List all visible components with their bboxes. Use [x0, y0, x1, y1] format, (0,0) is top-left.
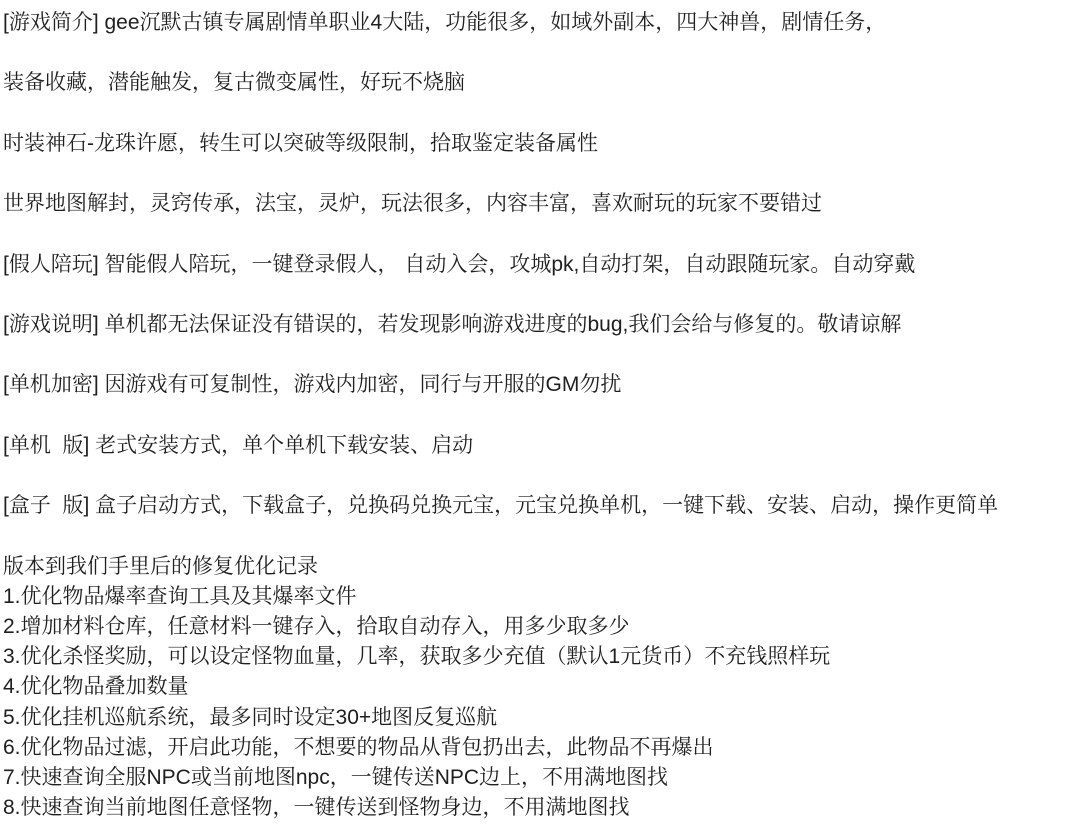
changelog-item-3: 3.优化杀怪奖励，可以设定怪物血量，几率，获取多少充值（默认1元货币）不充钱照样…: [3, 642, 1065, 672]
changelog-item-2: 2.增加材料仓库，任意材料一键存入，拾取自动存入，用多少取多少: [3, 612, 1065, 642]
world-map-line: 世界地图解封，灵窍传承，法宝，灵炉，玩法很多，内容丰富，喜欢耐玩的玩家不要错过: [3, 189, 1065, 219]
game-description-page: [游戏简介] gee沉默古镇专属剧情单职业4大陆，功能很多，如域外副本，四大神兽…: [0, 0, 1075, 833]
changelog-item-8: 8.快速查询当前地图任意怪物，一键传送到怪物身边，不用满地图找: [3, 793, 1065, 823]
changelog-title: 版本到我们手里后的修复优化记录: [3, 552, 1065, 582]
fashion-stone-line: 时装神石-龙珠许愿，转生可以突破等级限制，拾取鉴定装备属性: [3, 129, 1065, 159]
changelog-section: 版本到我们手里后的修复优化记录 1.优化物品爆率查询工具及其爆率文件 2.增加材…: [3, 552, 1065, 824]
encryption-line: [单机加密] 因游戏有可复制性，游戏内加密，同行与开服的GM勿扰: [3, 370, 1065, 400]
changelog-item-5: 5.优化挂机巡航系统，最多同时设定30+地图反复巡航: [3, 703, 1065, 733]
changelog-item-4: 4.优化物品叠加数量: [3, 672, 1065, 702]
changelog-item-1: 1.优化物品爆率查询工具及其爆率文件: [3, 582, 1065, 612]
box-version-line: [盒子 版] 盒子启动方式，下载盒子，兑换码兑换元宝，元宝兑换单机，一键下载、安…: [3, 491, 1065, 521]
game-intro-line-2: 装备收藏，潜能触发，复古微变属性，好玩不烧脑: [3, 68, 1065, 98]
game-intro-line-1: [游戏简介] gee沉默古镇专属剧情单职业4大陆，功能很多，如域外副本，四大神兽…: [3, 8, 1065, 38]
bot-companion-line: [假人陪玩] 智能假人陪玩，一键登录假人， 自动入会，攻城pk,自动打架，自动跟…: [3, 250, 1065, 280]
standalone-version-line: [单机 版] 老式安装方式，单个单机下载安装、启动: [3, 431, 1065, 461]
changelog-item-6: 6.优化物品过滤，开启此功能，不想要的物品从背包扔出去，此物品不再爆出: [3, 733, 1065, 763]
game-notice-line: [游戏说明] 单机都无法保证没有错误的，若发现影响游戏进度的bug,我们会给与修…: [3, 310, 1065, 340]
changelog-item-7: 7.快速查询全服NPC或当前地图npc，一键传送NPC边上，不用满地图找: [3, 763, 1065, 793]
